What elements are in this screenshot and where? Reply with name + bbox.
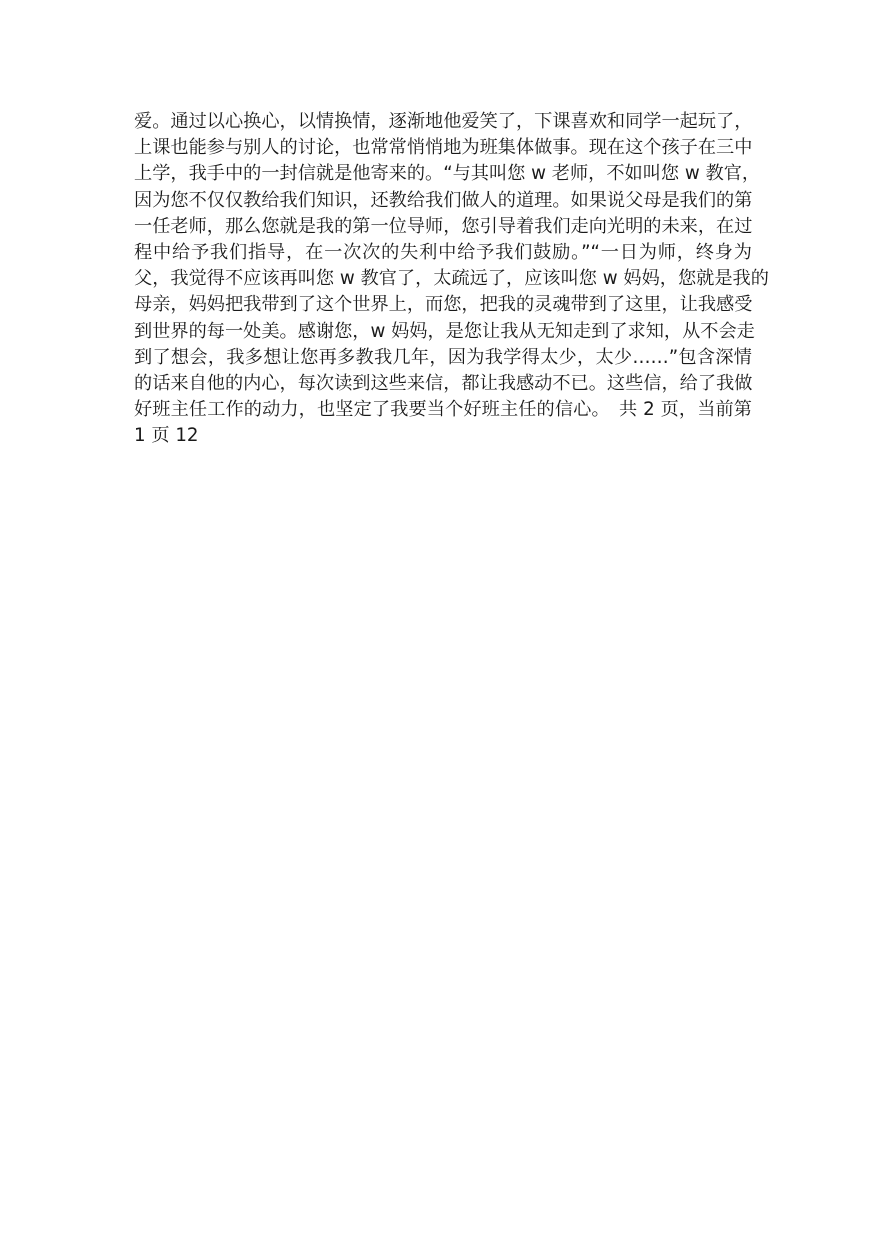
text-line-13-page-number: 1 页 12 xyxy=(134,423,752,449)
text-line-1: 爱。通过以心换心，以情换情，逐渐地他爱笑了，下课喜欢和同学一起玩了， xyxy=(134,109,752,135)
text-line-10: 到了想会，我多想让您再多教我几年，因为我学得太少，太少……”包含深情 xyxy=(134,345,752,371)
text-line-7: 父，我觉得不应该再叫您 w 教官了，太疏远了，应该叫您 w 妈妈，您就是我的 xyxy=(134,266,752,292)
text-line-4: 因为您不仅仅教给我们知识，还教给我们做人的道理。如果说父母是我们的第 xyxy=(134,188,752,214)
text-line-6: 程中给予我们指导，在一次次的失利中给予我们鼓励。”“一日为师，终身为 xyxy=(134,240,752,266)
text-line-5: 一任老师，那么您就是我的第一位导师，您引导着我们走向光明的未来，在过 xyxy=(134,214,752,240)
text-line-8: 母亲，妈妈把我带到了这个世界上，而您，把我的灵魂带到了这里，让我感受 xyxy=(134,292,752,318)
text-line-11: 的话来自他的内心，每次读到这些来信，都让我感动不已。这些信，给了我做 xyxy=(134,371,752,397)
document-page: 爱。通过以心换心，以情换情，逐渐地他爱笑了，下课喜欢和同学一起玩了， 上课也能参… xyxy=(0,0,884,1250)
text-line-9: 到世界的每一处美。感谢您，w 妈妈，是您让我从无知走到了求知，从不会走 xyxy=(134,319,752,345)
text-line-3: 上学，我手中的一封信就是他寄来的。“与其叫您 w 老师，不如叫您 w 教官， xyxy=(134,161,752,187)
text-line-2: 上课也能参与别人的讨论，也常常悄悄地为班集体做事。现在这个孩子在三中 xyxy=(134,135,752,161)
body-paragraph: 爱。通过以心换心，以情换情，逐渐地他爱笑了，下课喜欢和同学一起玩了， 上课也能参… xyxy=(134,109,752,450)
text-line-12-with-page-indicator: 好班主任工作的动力，也坚定了我要当个好班主任的信心。 共 2 页，当前第 xyxy=(134,397,752,423)
